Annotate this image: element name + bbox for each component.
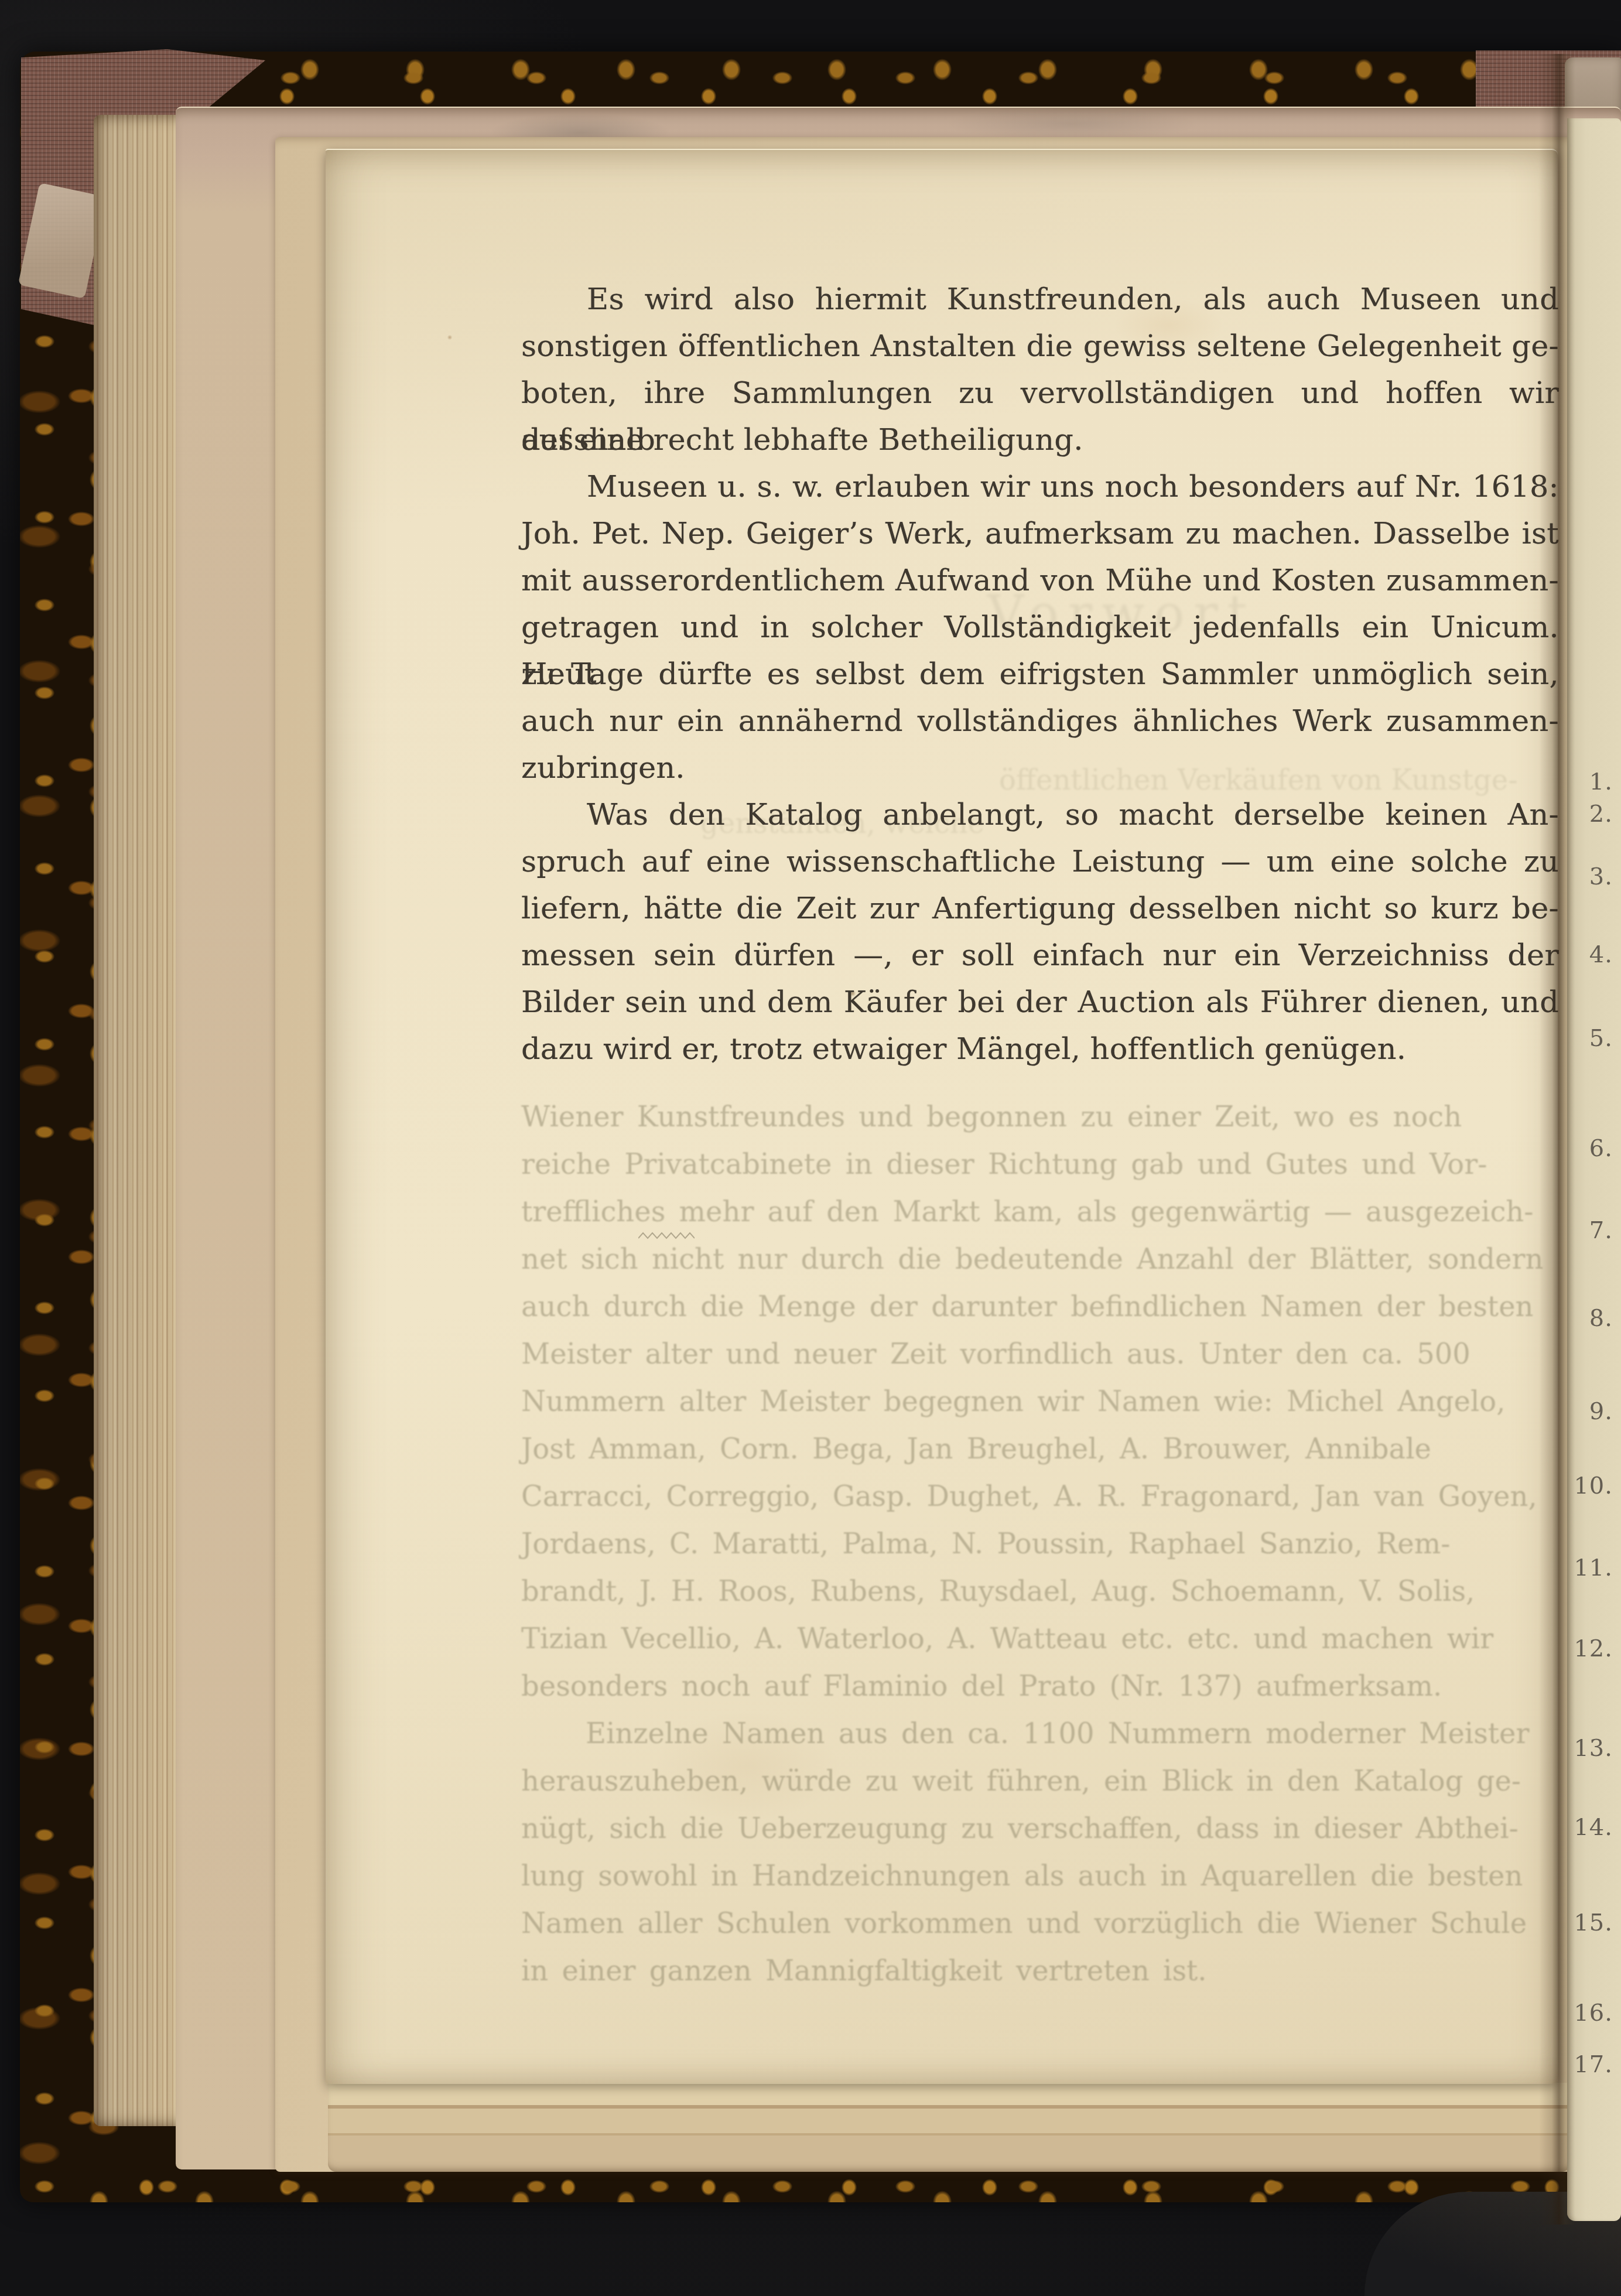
page-bottom-edges [328, 2083, 1571, 2172]
showthrough-line: in einer ganzen Mannigfaltigkeit vertret… [521, 1947, 1559, 1995]
showthrough-line: nügt, sich die Ueberzeugung zu verschaff… [521, 1805, 1559, 1853]
text-line: zu Tage dürfte es selbst dem eifrigsten … [521, 651, 1559, 698]
showthrough-line: Tizian Vecellio, A. Waterloo, A. Watteau… [521, 1615, 1559, 1663]
showthrough-line: Meister alter und neuer Zeit vorfindlich… [521, 1331, 1559, 1378]
showthrough-line: Carracci, Correggio, Gasp. Dughet, A. R.… [521, 1473, 1559, 1521]
text-line: getragen und in solcher Vollständigkeit … [521, 604, 1559, 651]
showthrough-line: lung sowohl in Handzeichnungen als auch … [521, 1853, 1559, 1900]
text-line: liefern, hätte die Zeit zur Anfertigung … [521, 886, 1559, 932]
showthrough-line: Nummern alter Meister begegnen wir Namen… [521, 1378, 1559, 1426]
text-line: spruch auf eine wissenschaftliche Leistu… [521, 839, 1559, 886]
showthrough-line: Namen aller Schulen vorkommen und vorzüg… [521, 1900, 1559, 1947]
showthrough-line: besonders noch auf Flaminio del Prato (N… [521, 1663, 1559, 1710]
text-line: Was den Katalog anbelangt, so macht ders… [521, 792, 1559, 839]
text-line: auch nur ein annähernd vollständiges ähn… [521, 698, 1559, 745]
text-line: Bilder sein und dem Käufer bei der Aucti… [521, 979, 1559, 1026]
text-line: messen sein dürfen —, er soll einfach nu… [521, 932, 1559, 979]
text-line: Es wird also hiermit Kunstfreunden, als … [521, 276, 1559, 323]
showthrough-text: Wiener Kunstfreundes und begonnen zu ein… [521, 1094, 1559, 1995]
showthrough-line: brandt, J. H. Roos, Rubens, Ruysdael, Au… [521, 1568, 1559, 1615]
showthrough-line: Jost Amman, Corn. Bega, Jan Breughel, A.… [521, 1426, 1559, 1473]
text-line: Museen u. s. w. erlauben wir uns noch be… [521, 464, 1559, 511]
showthrough-line: Einzelne Namen aus den ca. 1100 Nummern … [521, 1710, 1559, 1758]
text-line: Joh. Pet. Nep. Geiger’s Werk, aufmerksam… [521, 511, 1559, 558]
page-gutter-shadow [1539, 54, 1575, 2225]
ink-squiggle-mark [638, 1231, 695, 1243]
body-text: Es wird also hiermit Kunstfreunden, als … [521, 276, 1559, 1073]
showthrough-line: herauszuheben, würde zu weit führen, ein… [521, 1758, 1559, 1805]
showthrough-line: Jordaens, C. Maratti, Palma, N. Poussin,… [521, 1521, 1559, 1568]
showthrough-line: treffliches mehr auf den Markt kam, als … [521, 1188, 1559, 1236]
text-line: boten, ihre Sammlungen zu vervollständig… [521, 370, 1559, 417]
showthrough-line: Wiener Kunstfreundes und begonnen zu ein… [521, 1094, 1559, 1141]
showthrough-line: reiche Privatcabinete in dieser Richtung… [521, 1141, 1559, 1188]
book-scan: 1.2.3.4.5.6.7.8.9.10.11.12.13.14.15.16.1… [0, 0, 1621, 2296]
text-line: zubringen. [521, 745, 1559, 792]
text-line: dazu wird er, trotz etwaiger Mängel, hof… [521, 1026, 1559, 1073]
text-line: auf eine recht lebhafte Betheiligung. [521, 417, 1559, 464]
book-page: Vorwort öffentlichen Verkäufen von Kunst… [326, 149, 1558, 2084]
showthrough-line: auch durch die Menge der darunter befind… [521, 1283, 1559, 1331]
text-line: sonstigen öffentlichen Anstalten die gew… [521, 323, 1559, 370]
showthrough-line: net sich nicht nur durch die bedeutende … [521, 1236, 1559, 1283]
text-line: mit ausserordentlichem Aufwand von Mühe … [521, 558, 1559, 604]
